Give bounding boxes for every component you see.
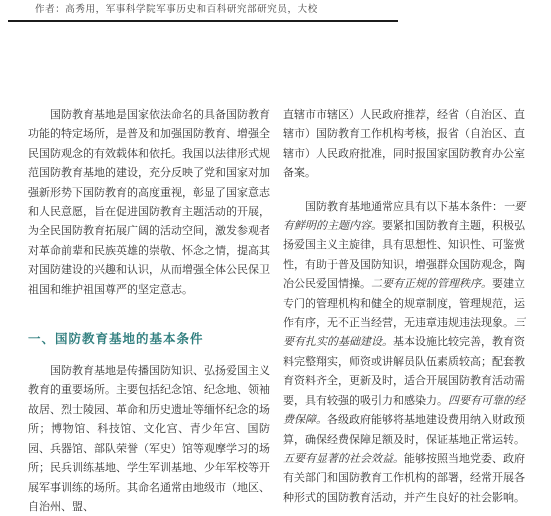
paragraph-intro: 国防教育基地是国家依法命名的具备国防教育功能的特定场所，是普及和加强国防教育、增…: [28, 106, 270, 300]
section-heading-basic-conditions: 一、国防教育基地的基本条件: [28, 330, 270, 349]
paragraph-base-types: 国防教育基地是传播国防知识、弘扬爱国主义教育的重要场所。主要包括纪念馆、纪念地、…: [28, 362, 270, 516]
document-page: 作者：高秀用，军事科学院军事历史和百科研究部研究员，大校 国防教育基地是国家依法…: [0, 0, 551, 516]
paragraph-five-conditions: 国防教育基地通常应具有以下基本条件：一要有鲜明的主题内容。要紧扣国防教育主题，积…: [283, 198, 525, 509]
left-column: 国防教育基地是国家依法命名的具备国防教育功能的特定场所，是普及和加强国防教育、增…: [28, 106, 270, 516]
body-text-segment: 国防教育基地通常应具有以下基本条件：: [305, 201, 503, 213]
header-divider: [8, 20, 398, 22]
emphasis-phrase: 二要有正规的管理秩序。: [371, 278, 492, 290]
author-byline: 作者：高秀用，军事科学院军事历史和百科研究部研究员，大校: [35, 3, 318, 17]
right-column: 直辖市市辖区）人民政府推荐，经省（自治区、直辖市）国防教育工作机构考核，报省（自…: [283, 106, 525, 508]
emphasis-phrase: 五要有显著的社会效益。: [283, 453, 404, 465]
paragraph-base-types-continued: 直辖市市辖区）人民政府推荐，经省（自治区、直辖市）国防教育工作机构考核，报省（自…: [283, 106, 525, 184]
